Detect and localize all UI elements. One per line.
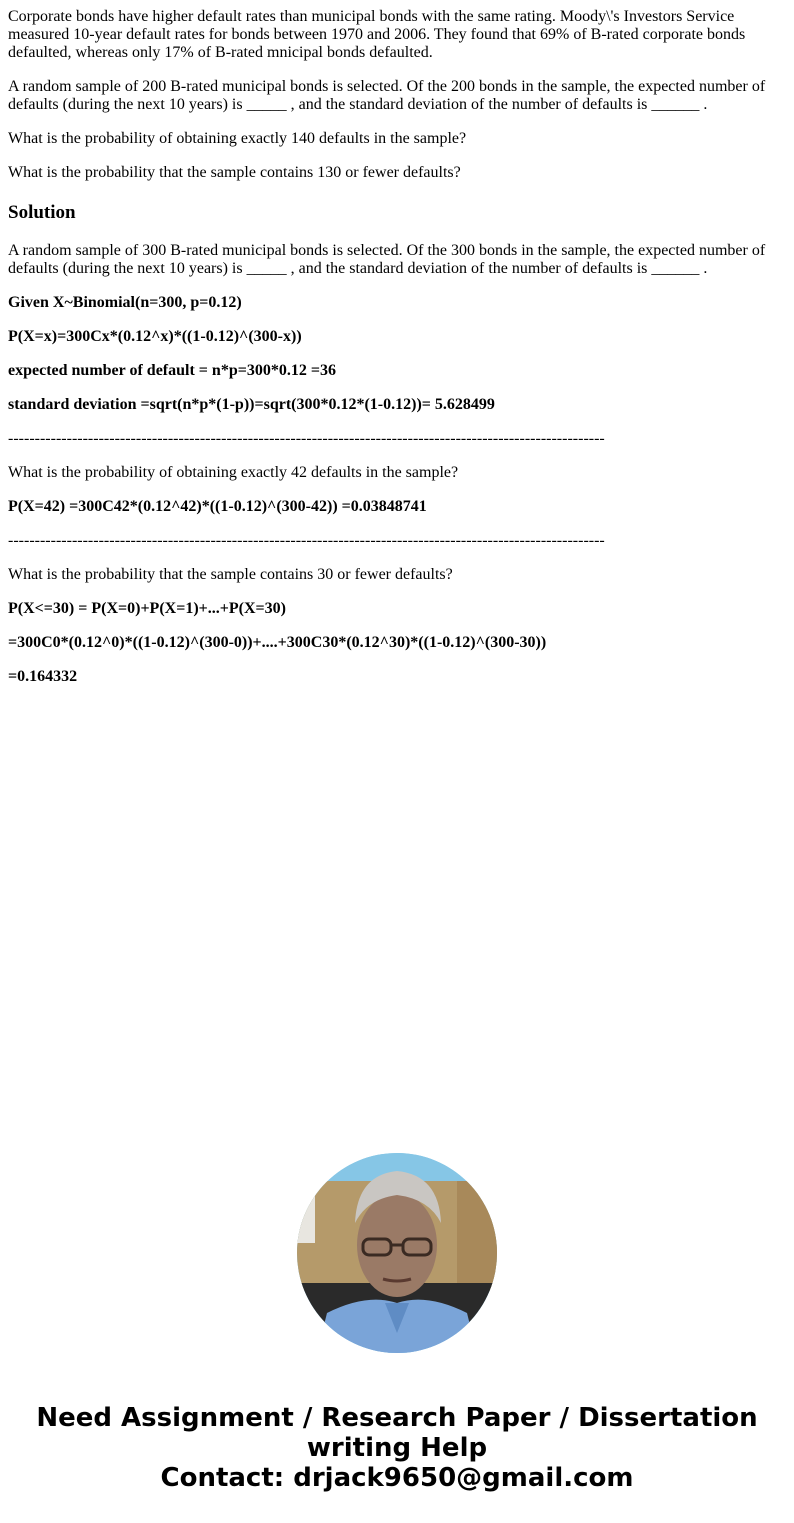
- document-content: Corporate bonds have higher default rate…: [8, 8, 778, 702]
- solution-intro: A random sample of 300 B-rated municipal…: [8, 242, 778, 278]
- promo-line-2: writing Help: [0, 1433, 794, 1463]
- solution-expected: expected number of default = n*p=300*0.1…: [8, 362, 778, 380]
- solution-answer-3-result: =0.164332: [8, 668, 778, 686]
- solution-answer-3-line-2: =300C0*(0.12^0)*((1-0.12)^(300-0))+....+…: [8, 634, 778, 652]
- question-paragraph-4: What is the probability that the sample …: [8, 164, 778, 182]
- solution-heading: Solution: [8, 202, 778, 224]
- contact-email: Contact: drjack9650@gmail.com: [0, 1463, 794, 1493]
- promo-footer: Need Assignment / Research Paper / Disse…: [0, 1403, 794, 1493]
- solution-answer-3-line-1: P(X<=30) = P(X=0)+P(X=1)+...+P(X=30): [8, 600, 778, 618]
- question-paragraph-3: What is the probability of obtaining exa…: [8, 130, 778, 148]
- author-avatar: [297, 1153, 497, 1353]
- author-portrait-icon: [297, 1153, 497, 1353]
- divider-1: ----------------------------------------…: [8, 430, 778, 448]
- solution-pmf: P(X=x)=300Cx*(0.12^x)*((1-0.12)^(300-x)): [8, 328, 778, 346]
- solution-answer-2: P(X=42) =300C42*(0.12^42)*((1-0.12)^(300…: [8, 498, 778, 516]
- question-paragraph-2: A random sample of 200 B-rated municipal…: [8, 78, 778, 114]
- solution-question-3: What is the probability that the sample …: [8, 566, 778, 584]
- solution-stddev: standard deviation =sqrt(n*p*(1-p))=sqrt…: [8, 396, 778, 414]
- promo-line-1: Need Assignment / Research Paper / Disse…: [0, 1403, 794, 1433]
- solution-given: Given X~Binomial(n=300, p=0.12): [8, 294, 778, 312]
- question-paragraph-1: Corporate bonds have higher default rate…: [8, 8, 778, 62]
- divider-2: ----------------------------------------…: [8, 532, 778, 550]
- solution-question-2: What is the probability of obtaining exa…: [8, 464, 778, 482]
